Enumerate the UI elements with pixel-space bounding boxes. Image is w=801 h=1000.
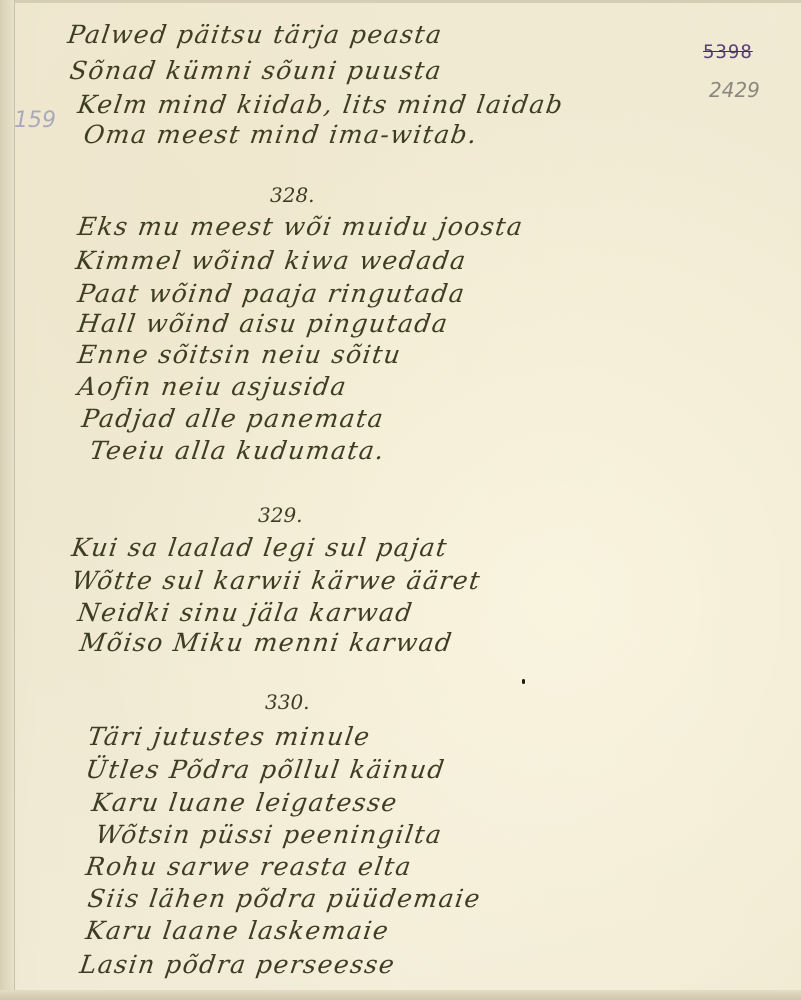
song-number: 328. <box>270 183 315 207</box>
song-number: 330. <box>265 690 310 714</box>
margin-page-number: 159 <box>14 108 56 133</box>
pencil-archive-number: 2429 <box>709 78 760 102</box>
page-bottom-edge <box>0 990 801 1000</box>
verse-line: Karu luane leigatesse <box>90 788 400 817</box>
ink-speck <box>522 679 525 684</box>
manuscript-page: 5398 2429 159 Palwed päitsu tärja peasta… <box>0 0 801 1000</box>
page-top-edge <box>0 0 801 3</box>
verse-line: Kelm mind kiidab, lits mind laidab <box>76 90 566 119</box>
verse-line: Paat wõind paaja ringutada <box>76 279 468 308</box>
verse-line: Wõtsin püssi peeningilta <box>94 820 444 849</box>
verse-line: Hall wõind aisu pingutada <box>76 309 451 338</box>
binding-edge <box>0 0 15 1000</box>
verse-line: Mõiso Miku menni karwad <box>78 628 455 657</box>
verse-line: Kimmel wõind kiwa wedada <box>74 246 469 275</box>
archive-stamp-number: 5398 <box>703 41 753 63</box>
verse-line: Lasin põdra perseesse <box>78 950 397 979</box>
verse-line: Rohu sarwe reasta elta <box>84 852 414 881</box>
verse-line: Oma meest mind ima-witab. <box>82 120 480 149</box>
verse-line: Kui sa laalad legi sul pajat <box>70 533 450 562</box>
verse-line: Wõtte sul karwii kärwe ääret <box>70 566 483 595</box>
verse-line: Eks mu meest wõi muidu joosta <box>76 212 526 241</box>
verse-line: Palwed päitsu tärja peasta <box>66 20 445 49</box>
verse-line: Täri jutustes minule <box>86 722 373 751</box>
verse-line: Siis lähen põdra püüdemaie <box>86 884 483 913</box>
verse-line: Neidki sinu jäla karwad <box>76 598 415 627</box>
verse-line: Ütles Põdra põllul käinud <box>84 755 447 784</box>
verse-line: Padjad alle panemata <box>80 404 386 433</box>
verse-line: Aofin neiu asjusida <box>76 372 349 401</box>
verse-line: Teeiu alla kudumata. <box>88 436 387 465</box>
verse-line: Karu laane laskemaie <box>84 916 391 945</box>
verse-line: Sõnad kümni sõuni puusta <box>68 56 444 85</box>
verse-line: Enne sõitsin neiu sõitu <box>76 340 404 369</box>
song-number: 329. <box>258 503 303 527</box>
